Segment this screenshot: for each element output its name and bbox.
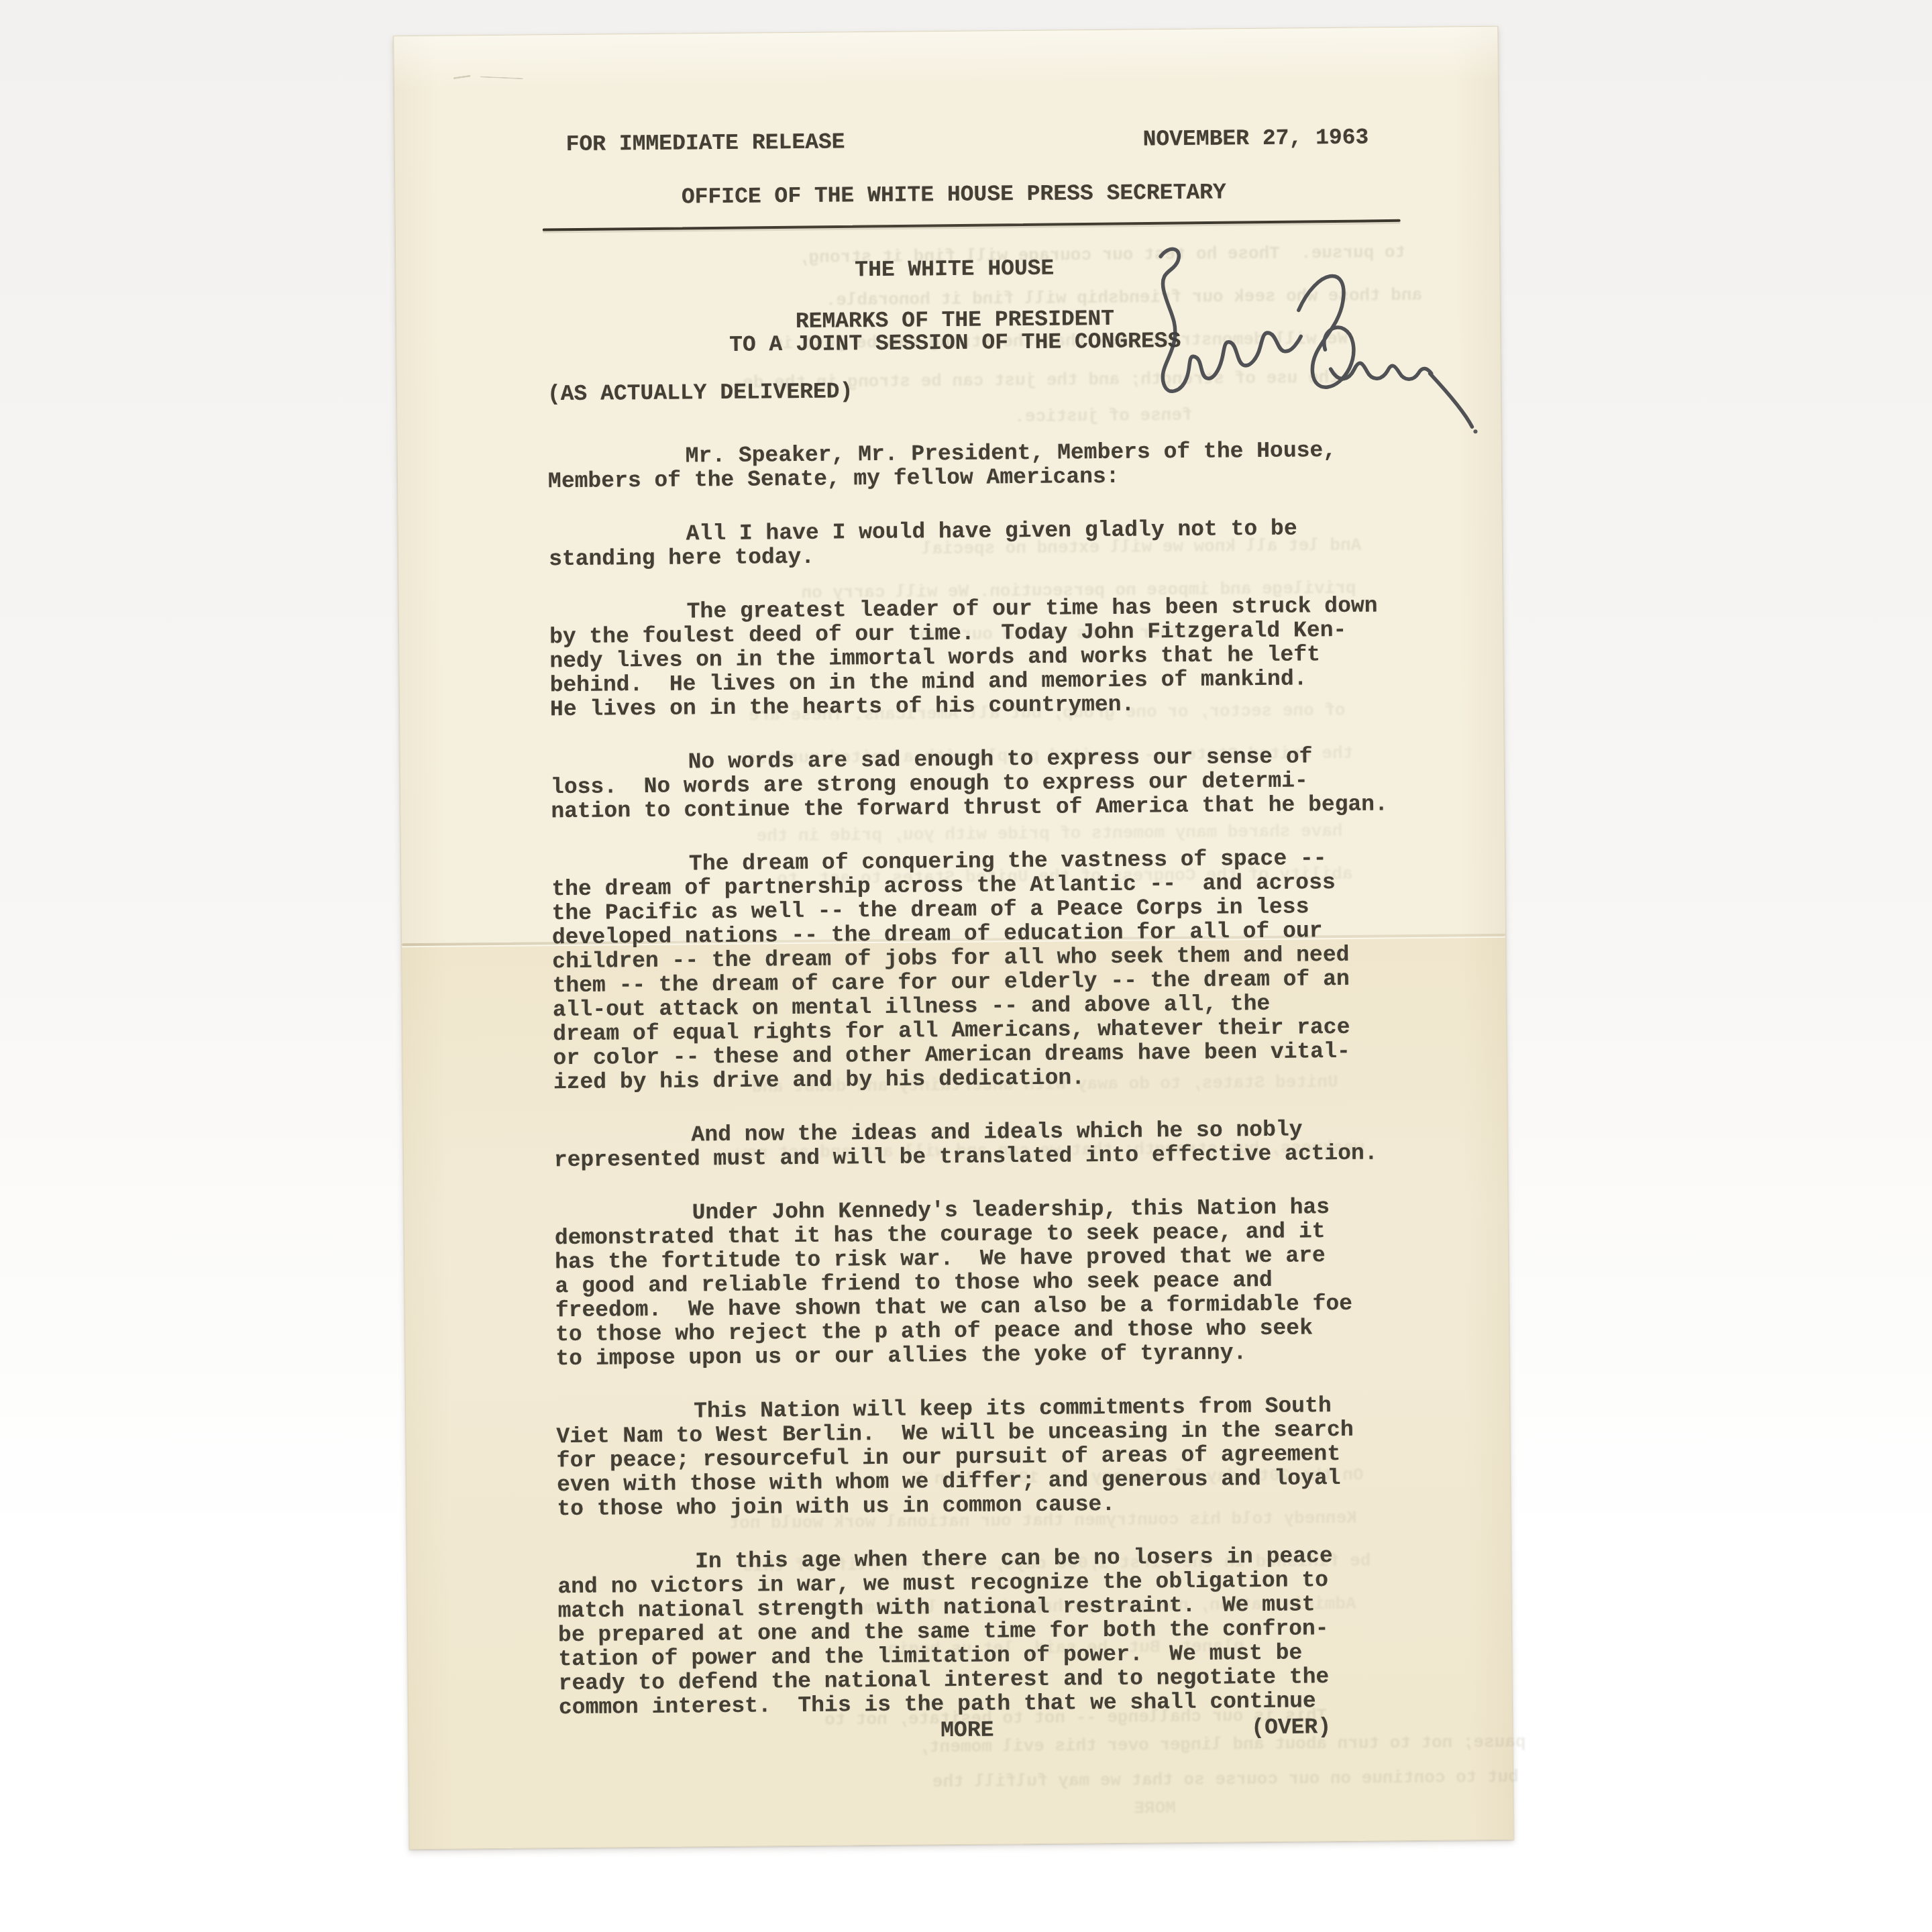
heading-the-white-house: THE WHITE HOUSE bbox=[855, 256, 1054, 283]
press-release-page: to pursue. Those ho test our courage wil… bbox=[393, 26, 1514, 1849]
release-line: FOR IMMEDIATE RELEASE bbox=[566, 130, 845, 157]
speech-body: Mr. Speaker, Mr. President, Members of t… bbox=[548, 438, 1426, 1720]
body-paragraph: The greatest leader of our time has been… bbox=[549, 594, 1417, 722]
staple-scratch-mark bbox=[453, 74, 471, 79]
body-paragraph: No words are sad enough to express our s… bbox=[551, 744, 1418, 824]
bleed-through-line: but to continue on our course so that we… bbox=[932, 1767, 1519, 1792]
signature-lyndon-b-johnson bbox=[1093, 223, 1498, 481]
body-paragraph: And now the ideas and ideals which he so… bbox=[553, 1117, 1421, 1173]
date-line: NOVEMBER 27, 1963 bbox=[1142, 126, 1368, 152]
delivery-note: (AS ACTUALLY DELIVERED) bbox=[547, 380, 853, 407]
staple-scratch-mark bbox=[480, 76, 523, 79]
footer-over: (OVER) bbox=[1251, 1715, 1331, 1740]
body-paragraph: All I have I would have given gladly not… bbox=[549, 516, 1416, 572]
body-paragraph: The dream of conquering the vastness of … bbox=[551, 846, 1420, 1095]
footer-row: MORE (OVER) bbox=[536, 1715, 1398, 1749]
scanned-press-release: to pursue. Those ho test our courage wil… bbox=[0, 0, 1932, 1932]
body-paragraph: Under John Kennedy's leadership, this Na… bbox=[554, 1195, 1422, 1371]
body-paragraph: In this age when there can be no losers … bbox=[557, 1544, 1426, 1720]
footer-more: MORE bbox=[941, 1718, 994, 1743]
office-line: OFFICE OF THE WHITE HOUSE PRESS SECRETAR… bbox=[682, 180, 1226, 209]
bleed-through-line: MORE bbox=[1134, 1798, 1176, 1819]
body-paragraph: This Nation will keep its commitments fr… bbox=[556, 1393, 1424, 1521]
